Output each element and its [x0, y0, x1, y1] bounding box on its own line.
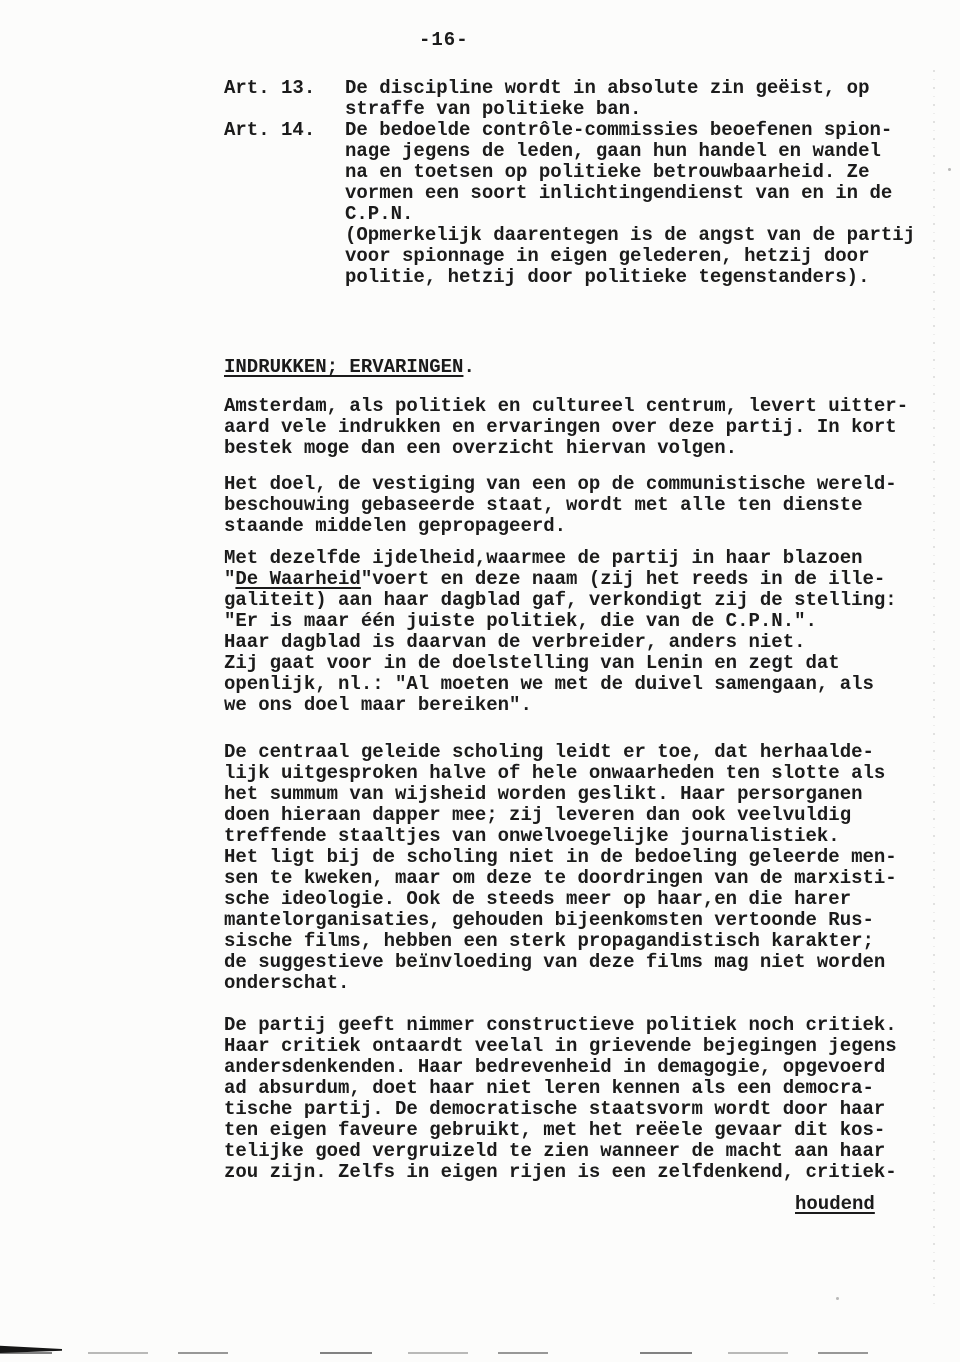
- text-line: De discipline wordt in absolute zin geëi…: [345, 78, 915, 99]
- text-line: ten eigen faveure gebruikt, met het reëe…: [224, 1120, 897, 1141]
- paragraph: De partij geeft nimmer constructieve pol…: [224, 1015, 897, 1183]
- article-body: De discipline wordt in absolute zin geëi…: [345, 78, 915, 120]
- text-line: Met dezelfde ijdelheid,waarmee de partij…: [224, 548, 897, 569]
- paragraph: De centraal geleide scholing leidt er to…: [224, 742, 897, 994]
- article-item: Art. 14.De bedoelde contrôle-commissies …: [224, 120, 915, 288]
- text-line: zou zijn. Zelfs in eigen rijen is een ze…: [224, 1162, 897, 1183]
- paragraph: Met dezelfde ijdelheid,waarmee de partij…: [224, 548, 897, 716]
- text-line: tische partij. De democratische staatsvo…: [224, 1099, 897, 1120]
- text-line: sche ideologie. Ook de steeds meer op ha…: [224, 889, 897, 910]
- text-line: vormen een soort inlichtingendienst van …: [345, 183, 915, 204]
- catchword: houdend: [795, 1194, 875, 1215]
- text-line: Haar dagblad is daarvan de verbreider, a…: [224, 632, 897, 653]
- scan-bottom-line: [0, 1352, 960, 1354]
- scan-speck: [836, 1297, 839, 1300]
- article-label: Art. 14.: [224, 120, 345, 288]
- text-line: Amsterdam, als politiek en cultureel cen…: [224, 396, 908, 417]
- text-line: C.P.N.: [345, 204, 915, 225]
- text-line: de suggestieve beïnvloeding van deze fil…: [224, 952, 897, 973]
- text-line: straffe van politieke ban.: [345, 99, 915, 120]
- text-line: treffende staaltjes van onwelvoegelijke …: [224, 826, 897, 847]
- text-line: "De Waarheid"voert en deze naam (zij het…: [224, 569, 897, 590]
- text-line: Haar critiek ontaardt veelal in grievend…: [224, 1036, 897, 1057]
- article-list: Art. 13.De discipline wordt in absolute …: [224, 78, 915, 288]
- text-line: (Opmerkelijk daarentegen is de angst van…: [345, 225, 915, 246]
- text-line: lijk uitgesproken halve of hele onwaarhe…: [224, 763, 897, 784]
- paragraph: Amsterdam, als politiek en cultureel cen…: [224, 396, 908, 459]
- text-line: andersdenkenden. Haar bedrevenheid in de…: [224, 1057, 897, 1078]
- text-line: Het ligt bij de scholing niet in de bedo…: [224, 847, 897, 868]
- text-line: aard vele indrukken en ervaringen over d…: [224, 417, 908, 438]
- document-page: -16- Art. 13.De discipline wordt in abso…: [0, 0, 960, 1362]
- text-line: voor spionnage in eigen gelederen, hetzi…: [345, 246, 915, 267]
- section-heading: INDRUKKEN; ERVARINGEN.: [224, 357, 475, 378]
- text-line: galiteit) aan haar dagblad gaf, verkondi…: [224, 590, 897, 611]
- paragraph: Het doel, de vestiging van een op de com…: [224, 474, 897, 537]
- page-number: -16-: [419, 30, 469, 51]
- text-line: Het doel, de vestiging van een op de com…: [224, 474, 897, 495]
- text-line: "Er is maar één juiste politiek, die van…: [224, 611, 897, 632]
- scan-edge-noise: [933, 70, 935, 1305]
- text-line: bestek moge dan een overzicht hiervan vo…: [224, 438, 908, 459]
- text-line: Zij gaat voor in de doelstelling van Len…: [224, 653, 897, 674]
- text-line: openlijk, nl.: "Al moeten we met de duiv…: [224, 674, 897, 695]
- text-line: sische films, hebben een sterk propagand…: [224, 931, 897, 952]
- article-body: De bedoelde contrôle-commissies beoefene…: [345, 120, 915, 288]
- text-line: het summum van wijsheid worden geslikt. …: [224, 784, 897, 805]
- text-line: na en toetsen op politieke betrouwbaarhe…: [345, 162, 915, 183]
- text-line: we ons doel maar bereiken".: [224, 695, 897, 716]
- text-line: De centraal geleide scholing leidt er to…: [224, 742, 897, 763]
- text-line: staande middelen gepropageerd.: [224, 516, 897, 537]
- text-line: politie, hetzij door politieke tegenstan…: [345, 267, 915, 288]
- text-line: ad absurdum, doet haar niet leren kennen…: [224, 1078, 897, 1099]
- text-line: doen hieraan dapper mee; zij leveren dan…: [224, 805, 897, 826]
- text-line: De partij geeft nimmer constructieve pol…: [224, 1015, 897, 1036]
- text-line: onderschat.: [224, 973, 897, 994]
- article-label: Art. 13.: [224, 78, 345, 120]
- scan-speck: [948, 168, 951, 171]
- text-line: mantelorganisaties, gehouden bijeenkomst…: [224, 910, 897, 931]
- text-line: De bedoelde contrôle-commissies beoefene…: [345, 120, 915, 141]
- text-line: telijke goed vergruizeld te zien wanneer…: [224, 1141, 897, 1162]
- text-line: nage jegens de leden, gaan hun handel en…: [345, 141, 915, 162]
- text-line: beschouwing gebaseerde staat, wordt met …: [224, 495, 897, 516]
- text-line: sen te kweken, maar om deze te doordring…: [224, 868, 897, 889]
- article-item: Art. 13.De discipline wordt in absolute …: [224, 78, 915, 120]
